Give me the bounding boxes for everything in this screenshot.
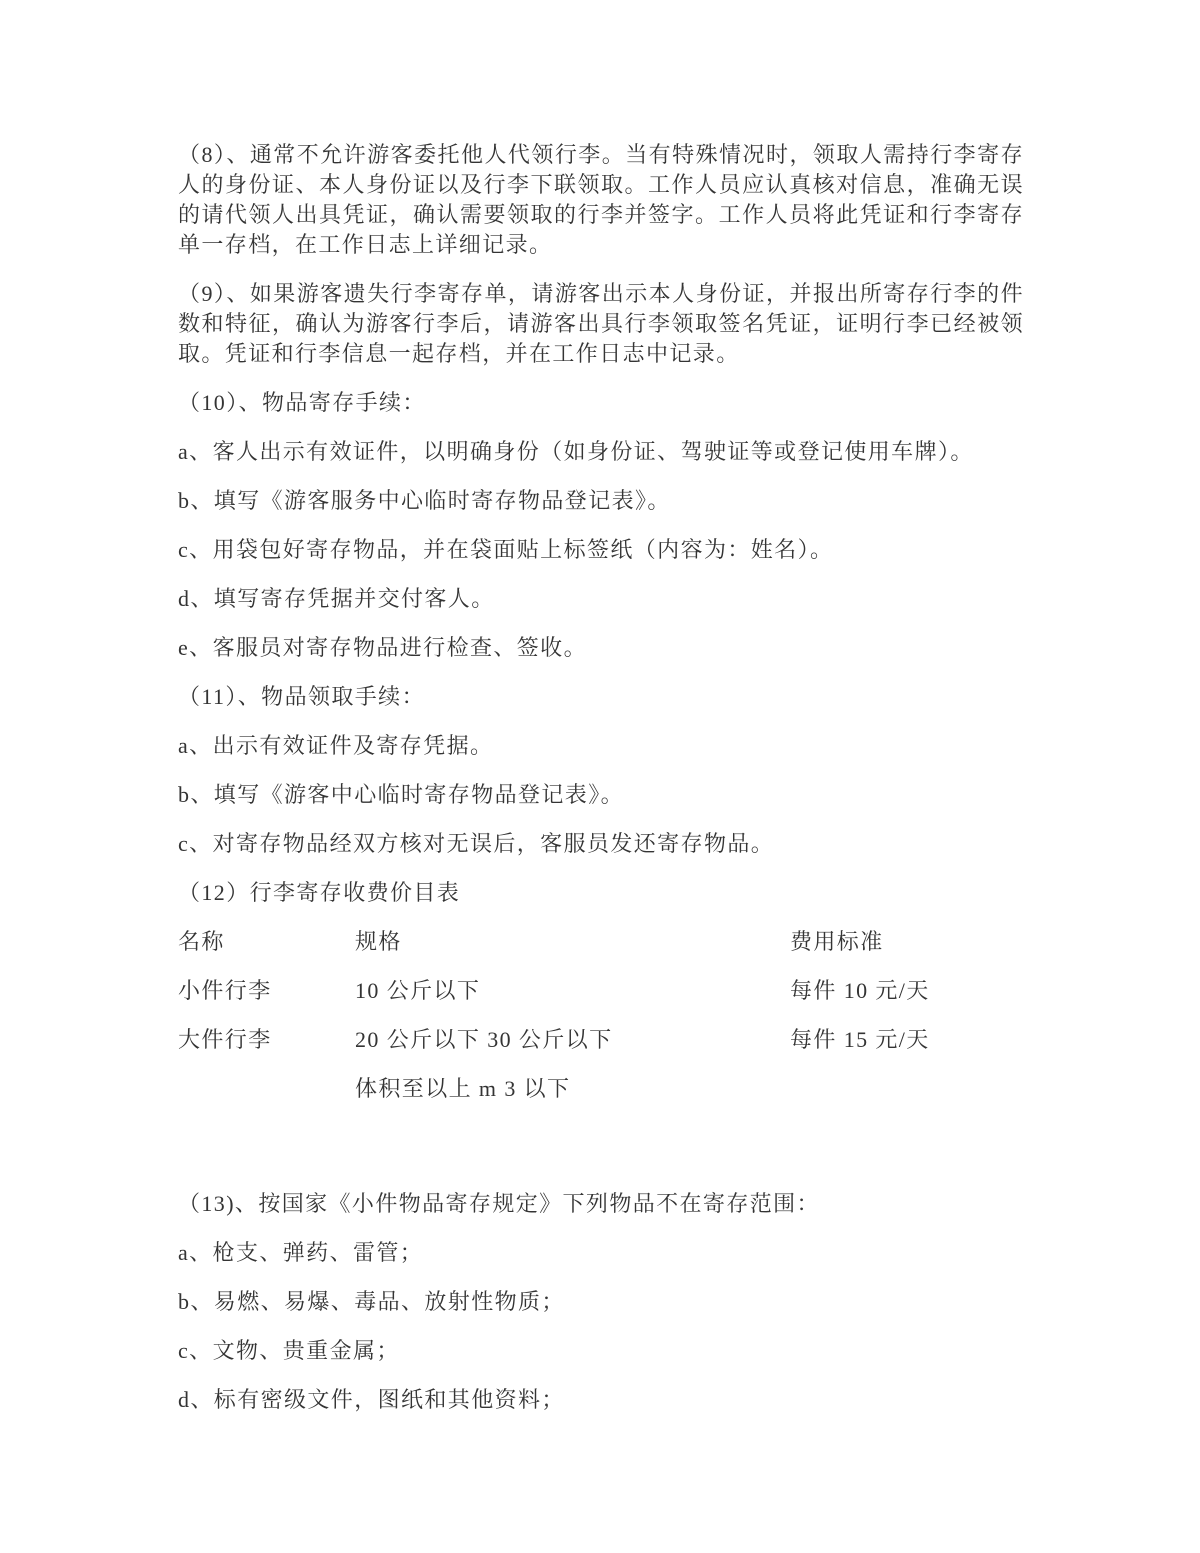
- document-page: （8）、通常不允许游客委托他人代领行李。当有特殊情况时，领取人需持行李寄存人的身…: [0, 0, 1200, 1553]
- deposit-step-e: e、客服员对寄存物品进行检查、签收。: [178, 633, 1024, 663]
- heading-10-item-deposit-procedure: （10）、物品寄存手续：: [178, 388, 1024, 418]
- cell-fee: 每件 15 元/天: [790, 1025, 1024, 1055]
- price-table-row-large-luggage: 大件行李 20 公斤以下 30 公斤以下 每件 15 元/天: [178, 1025, 1024, 1055]
- price-table-row-volume: 体积至以上 m 3 以下: [178, 1074, 1024, 1104]
- deposit-step-d: d、填写寄存凭据并交付客人。: [178, 584, 1024, 614]
- paragraph-9: （9）、如果游客遗失行李寄存单，请游客出示本人身份证，并报出所寄存行李的件数和特…: [178, 279, 1024, 369]
- excluded-item-d: d、标有密级文件，图纸和其他资料；: [178, 1385, 1024, 1415]
- cell-spec: 20 公斤以下 30 公斤以下: [355, 1025, 790, 1055]
- cell-fee: 每件 10 元/天: [790, 976, 1024, 1006]
- cell-name: 小件行李: [178, 976, 355, 1006]
- deposit-step-c: c、用袋包好寄存物品，并在袋面贴上标签纸（内容为：姓名）。: [178, 535, 1024, 565]
- paragraph-8: （8）、通常不允许游客委托他人代领行李。当有特殊情况时，领取人需持行李寄存人的身…: [178, 140, 1024, 260]
- price-table-header-row: 名称 规格 费用标准: [178, 927, 1024, 957]
- header-cell-spec: 规格: [355, 927, 790, 957]
- heading-11-item-pickup-procedure: （11）、物品领取手续：: [178, 682, 1024, 712]
- cell-spec: 体积至以上 m 3 以下: [355, 1074, 790, 1104]
- pickup-step-b: b、填写《游客中心临时寄存物品登记表》。: [178, 780, 1024, 810]
- pickup-step-a: a、出示有效证件及寄存凭据。: [178, 731, 1024, 761]
- deposit-step-b: b、填写《游客服务中心临时寄存物品登记表》。: [178, 486, 1024, 516]
- header-cell-name: 名称: [178, 927, 355, 957]
- cell-name: 大件行李: [178, 1025, 355, 1055]
- header-cell-fee: 费用标准: [790, 927, 1024, 957]
- price-table-row-small-luggage: 小件行李 10 公斤以下 每件 10 元/天: [178, 976, 1024, 1006]
- cell-fee: [790, 1074, 1024, 1104]
- excluded-item-b: b、易燃、易爆、毒品、放射性物质；: [178, 1287, 1024, 1317]
- price-table: 名称 规格 费用标准 小件行李 10 公斤以下 每件 10 元/天 大件行李 2…: [178, 927, 1024, 1104]
- document-content: （8）、通常不允许游客委托他人代领行李。当有特殊情况时，领取人需持行李寄存人的身…: [178, 140, 1024, 1434]
- pickup-step-c: c、对寄存物品经双方核对无误后，客服员发还寄存物品。: [178, 829, 1024, 859]
- excluded-item-c: c、文物、贵重金属；: [178, 1336, 1024, 1366]
- cell-spec: 10 公斤以下: [355, 976, 790, 1006]
- deposit-step-a: a、客人出示有效证件，以明确身份（如身份证、驾驶证等或登记使用车牌）。: [178, 437, 1024, 467]
- heading-13-excluded-items: （13)、按国家《小件物品寄存规定》下列物品不在寄存范围：: [178, 1189, 1024, 1219]
- excluded-item-a: a、枪支、弹药、雷管；: [178, 1238, 1024, 1268]
- heading-12-price-list: （12）行李寄存收费价目表: [178, 878, 1024, 908]
- section-gap: [178, 1123, 1024, 1189]
- cell-name: [178, 1074, 355, 1104]
